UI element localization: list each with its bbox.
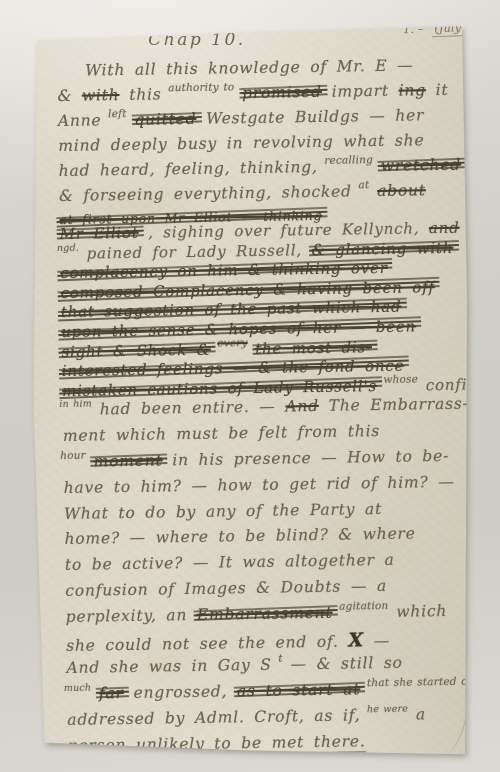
handwritten-text: The Embarrass- [328,395,468,415]
struck-text: the most dis- [255,338,372,358]
handwritten-text: — [374,631,391,649]
interlinear-insertion: every [217,337,247,349]
struck-text: & glancing with [311,238,453,258]
interlinear-insertion: ngd. [57,242,79,253]
struck-text: about [377,181,426,200]
interlinear-insertion: hour [60,450,86,462]
handwritten-text: And she was in Gay S [66,656,272,677]
struck-text: Mr Elliot [60,224,139,243]
date-annotation: (July 8 [432,20,474,37]
interlinear-insertion: t [278,653,283,665]
interlinear-insertion: agitation [339,600,388,613]
chapter-heading: Chap 10. [112,30,282,50]
struck-text: ing [399,81,427,99]
handwritten-text: pained for Lady Russell, [87,241,303,262]
handwritten-text: What to do by any of the Party at [64,499,382,522]
interlinear-insertion: that she started on [367,676,475,690]
struck-text: wretched [381,156,462,175]
struck-text: And [285,397,319,416]
interlinear-insertion: he were [367,703,408,715]
handwritten-text: With all this knowledge of Mr. E — [85,56,414,79]
handwritten-text: met there. [271,732,365,753]
interlinear-insertion: left [108,108,127,120]
handwritten-text: to be active? — It was altogether a [65,551,395,574]
handwritten-text: — & still so [290,654,402,674]
handwritten-text: she could not see the end of. [66,632,339,654]
ink-blot: X [348,629,364,651]
handwritten-text: confidence [426,375,500,394]
struck-text: quitted [134,110,196,129]
handwritten-text: this [129,85,162,104]
struck-text: as to start at [237,680,361,700]
struck-text: moment [94,451,163,470]
handwritten-text: ment which must be felt from this [63,422,381,445]
handwritten-text: being [482,678,500,697]
struck-text: with [82,86,120,105]
interlinear-insertion: whose [383,373,418,386]
manuscript-text-block: With all this knowledge of Mr. E — & wit… [57,56,481,763]
manuscript-photo: Chap 10. 1. – (July 8 With all this know… [0,0,500,772]
interlinear-insertion: recalling [324,154,373,167]
handwritten-text: perplexity, an [66,606,188,626]
handwritten-text: it [436,81,449,99]
handwritten-text: , sighing over future Kellynch, [148,219,419,241]
handwritten-text: had heard, feeling, thinking, [59,158,318,180]
struck-text: Embarrassment [197,603,333,623]
handwritten-text: in his presence — How to be- [172,447,449,469]
page-number: 1. – [403,22,424,37]
interlinear-insertion: at [358,179,369,191]
struck-text: promised [242,83,322,102]
interlinear-insertion: authority to [168,81,234,94]
interlinear-insertion: in him [59,399,92,411]
handwritten-text: Westgate Buildgs — her [206,106,424,127]
page-mark: 1. – (July 8 [403,20,475,38]
handwritten-text: impart [332,82,390,101]
handwritten-text: & [57,87,72,105]
handwritten-text: confusion of Images & Doubts — a [65,577,387,600]
struck-text: and [429,219,460,237]
handwritten-text: addressed by Adml. Croft, as if, [67,706,360,729]
handwritten-text: which [396,602,447,621]
handwritten-text: engrossed, [133,683,227,702]
struck-text: sight & Shock & [61,340,211,360]
handwritten-text: & forseeing everything, shocked [59,182,352,205]
manuscript-line: person unlikely to be met there. [68,730,481,762]
handwritten-text: person unlikely to be [68,734,262,755]
handwritten-text: a [416,705,426,723]
interlinear-insertion: much [64,683,92,694]
handwritten-text: Anne [58,111,102,130]
paper-sheet: Chap 10. 1. – (July 8 With all this know… [0,0,500,772]
paper-surface: Chap 10. 1. – (July 8 With all this know… [0,0,500,772]
struck-text: far [99,684,124,702]
handwritten-text: had been entire. — [100,398,276,419]
